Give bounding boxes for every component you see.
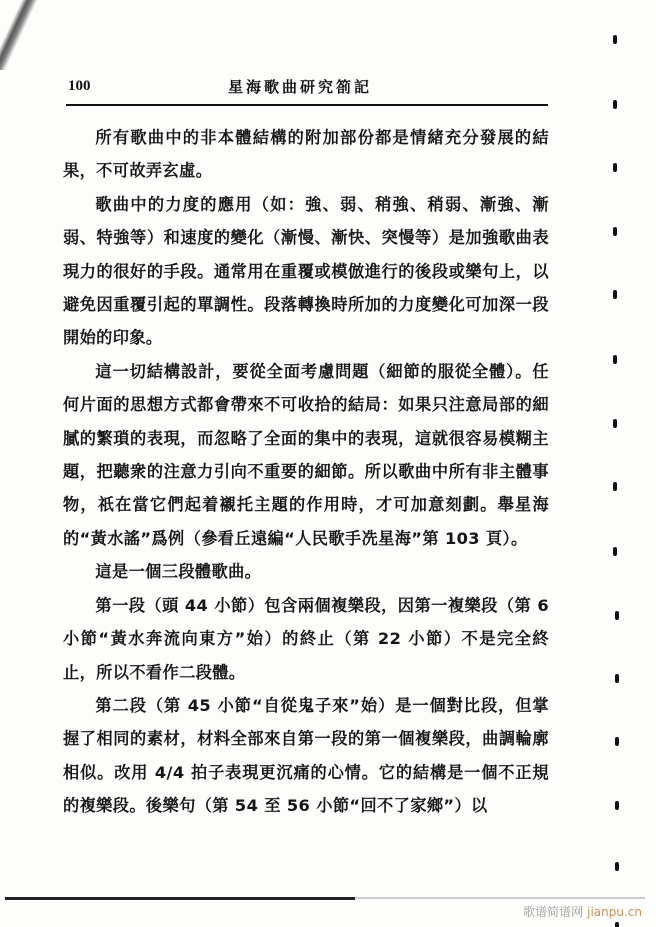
paragraph: 這一切結構設計，要從全面考慮問題（細節的服從全體）。任何片面的思想方式都會帶來不… [63,355,549,555]
binding-hole-mark [613,290,617,299]
paragraph: 第一段（頭 44 小節）包含兩個複樂段，因第一複樂段（第 6 小節“黃水奔流向東… [63,589,549,689]
paragraph: 第二段（第 45 小節“自從鬼子來”始）是一個對比段，但掌握了相同的素材，材料全… [63,689,549,823]
binding-hole-mark [613,163,617,172]
binding-hole-mark [615,801,619,810]
paragraph: 這是一個三段體歌曲。 [63,555,549,588]
watermark-site: jianpu.cn [587,905,642,919]
binding-hole-mark [615,611,619,620]
binding-hole-mark [613,100,617,109]
binding-hole-marks [613,0,623,927]
watermark-label: 歌谱简谱网 [523,905,583,919]
binding-hole-mark [615,674,619,683]
header-rule [66,104,548,106]
binding-hole-mark [613,35,617,44]
binding-hole-mark [613,227,617,236]
binding-hole-mark [613,547,617,556]
binding-hole-mark [613,482,617,491]
scan-bottom-edge-faint [355,897,645,899]
paragraph: 歌曲中的力度的應用（如：強、弱、稍強、稍弱、漸強、漸弱、特強等）和速度的變化（漸… [63,188,549,355]
paragraph: 所有歌曲中的非本體結構的附加部份都是情緒充分發展的結果，不可故弄玄虛。 [63,121,549,188]
binding-hole-mark [615,862,619,871]
running-title: 星海歌曲研究箚記 [228,76,372,97]
page-number: 100 [68,78,91,95]
page-header: 100 星海歌曲研究箚記 [68,76,548,100]
scan-binding-smudge [0,0,40,70]
binding-hole-mark [613,355,617,364]
watermark: 歌谱简谱网jianpu.cn [523,903,642,920]
scan-bottom-edge [5,897,355,900]
body-text: 所有歌曲中的非本體結構的附加部份都是情緒充分發展的結果，不可故弄玄虛。 歌曲中的… [63,121,549,823]
binding-hole-mark [613,419,617,428]
binding-hole-mark [615,922,619,927]
binding-hole-mark [615,737,619,746]
